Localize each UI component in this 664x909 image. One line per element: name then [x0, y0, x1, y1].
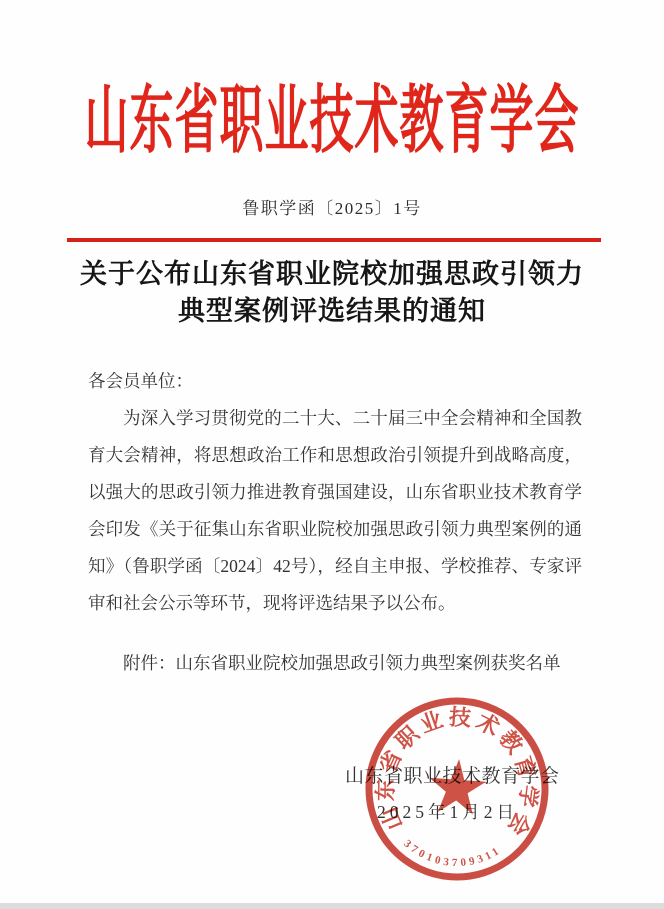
doc-number: 鲁职学函〔2025〕1号: [0, 194, 664, 219]
document-body: 各会员单位： 为深入学习贯彻党的二十大、二十届三中全会精神和全国教育大会精神，将…: [88, 363, 582, 622]
document-title: 关于公布山东省职业院校加强思政引领力 典型案例评选结果的通知: [0, 256, 664, 330]
attachment-line: 附件：山东省职业院校加强思政引领力典型案例获奖名单: [88, 648, 582, 678]
salutation: 各会员单位：: [88, 363, 582, 400]
letterhead-divider: [67, 238, 601, 242]
scan-edge: [0, 903, 664, 909]
seal-star-icon: [427, 757, 488, 815]
document-title-line2: 典型案例评选结果的通知: [0, 293, 664, 330]
document-title-line1: 关于公布山东省职业院校加强思政引领力: [0, 256, 664, 293]
scanned-document-page: 山东省职业技术教育学会 鲁职学函〔2025〕1号 关于公布山东省职业院校加强思政…: [0, 0, 664, 909]
official-seal: 山东省职业技术教育学会 370103709311: [362, 694, 552, 884]
letterhead-org-name: 山东省职业技术教育学会: [0, 60, 664, 168]
body-paragraph: 为深入学习贯彻党的二十大、二十届三中全会精神和全国教育大会精神，将思想政治工作和…: [88, 400, 582, 622]
